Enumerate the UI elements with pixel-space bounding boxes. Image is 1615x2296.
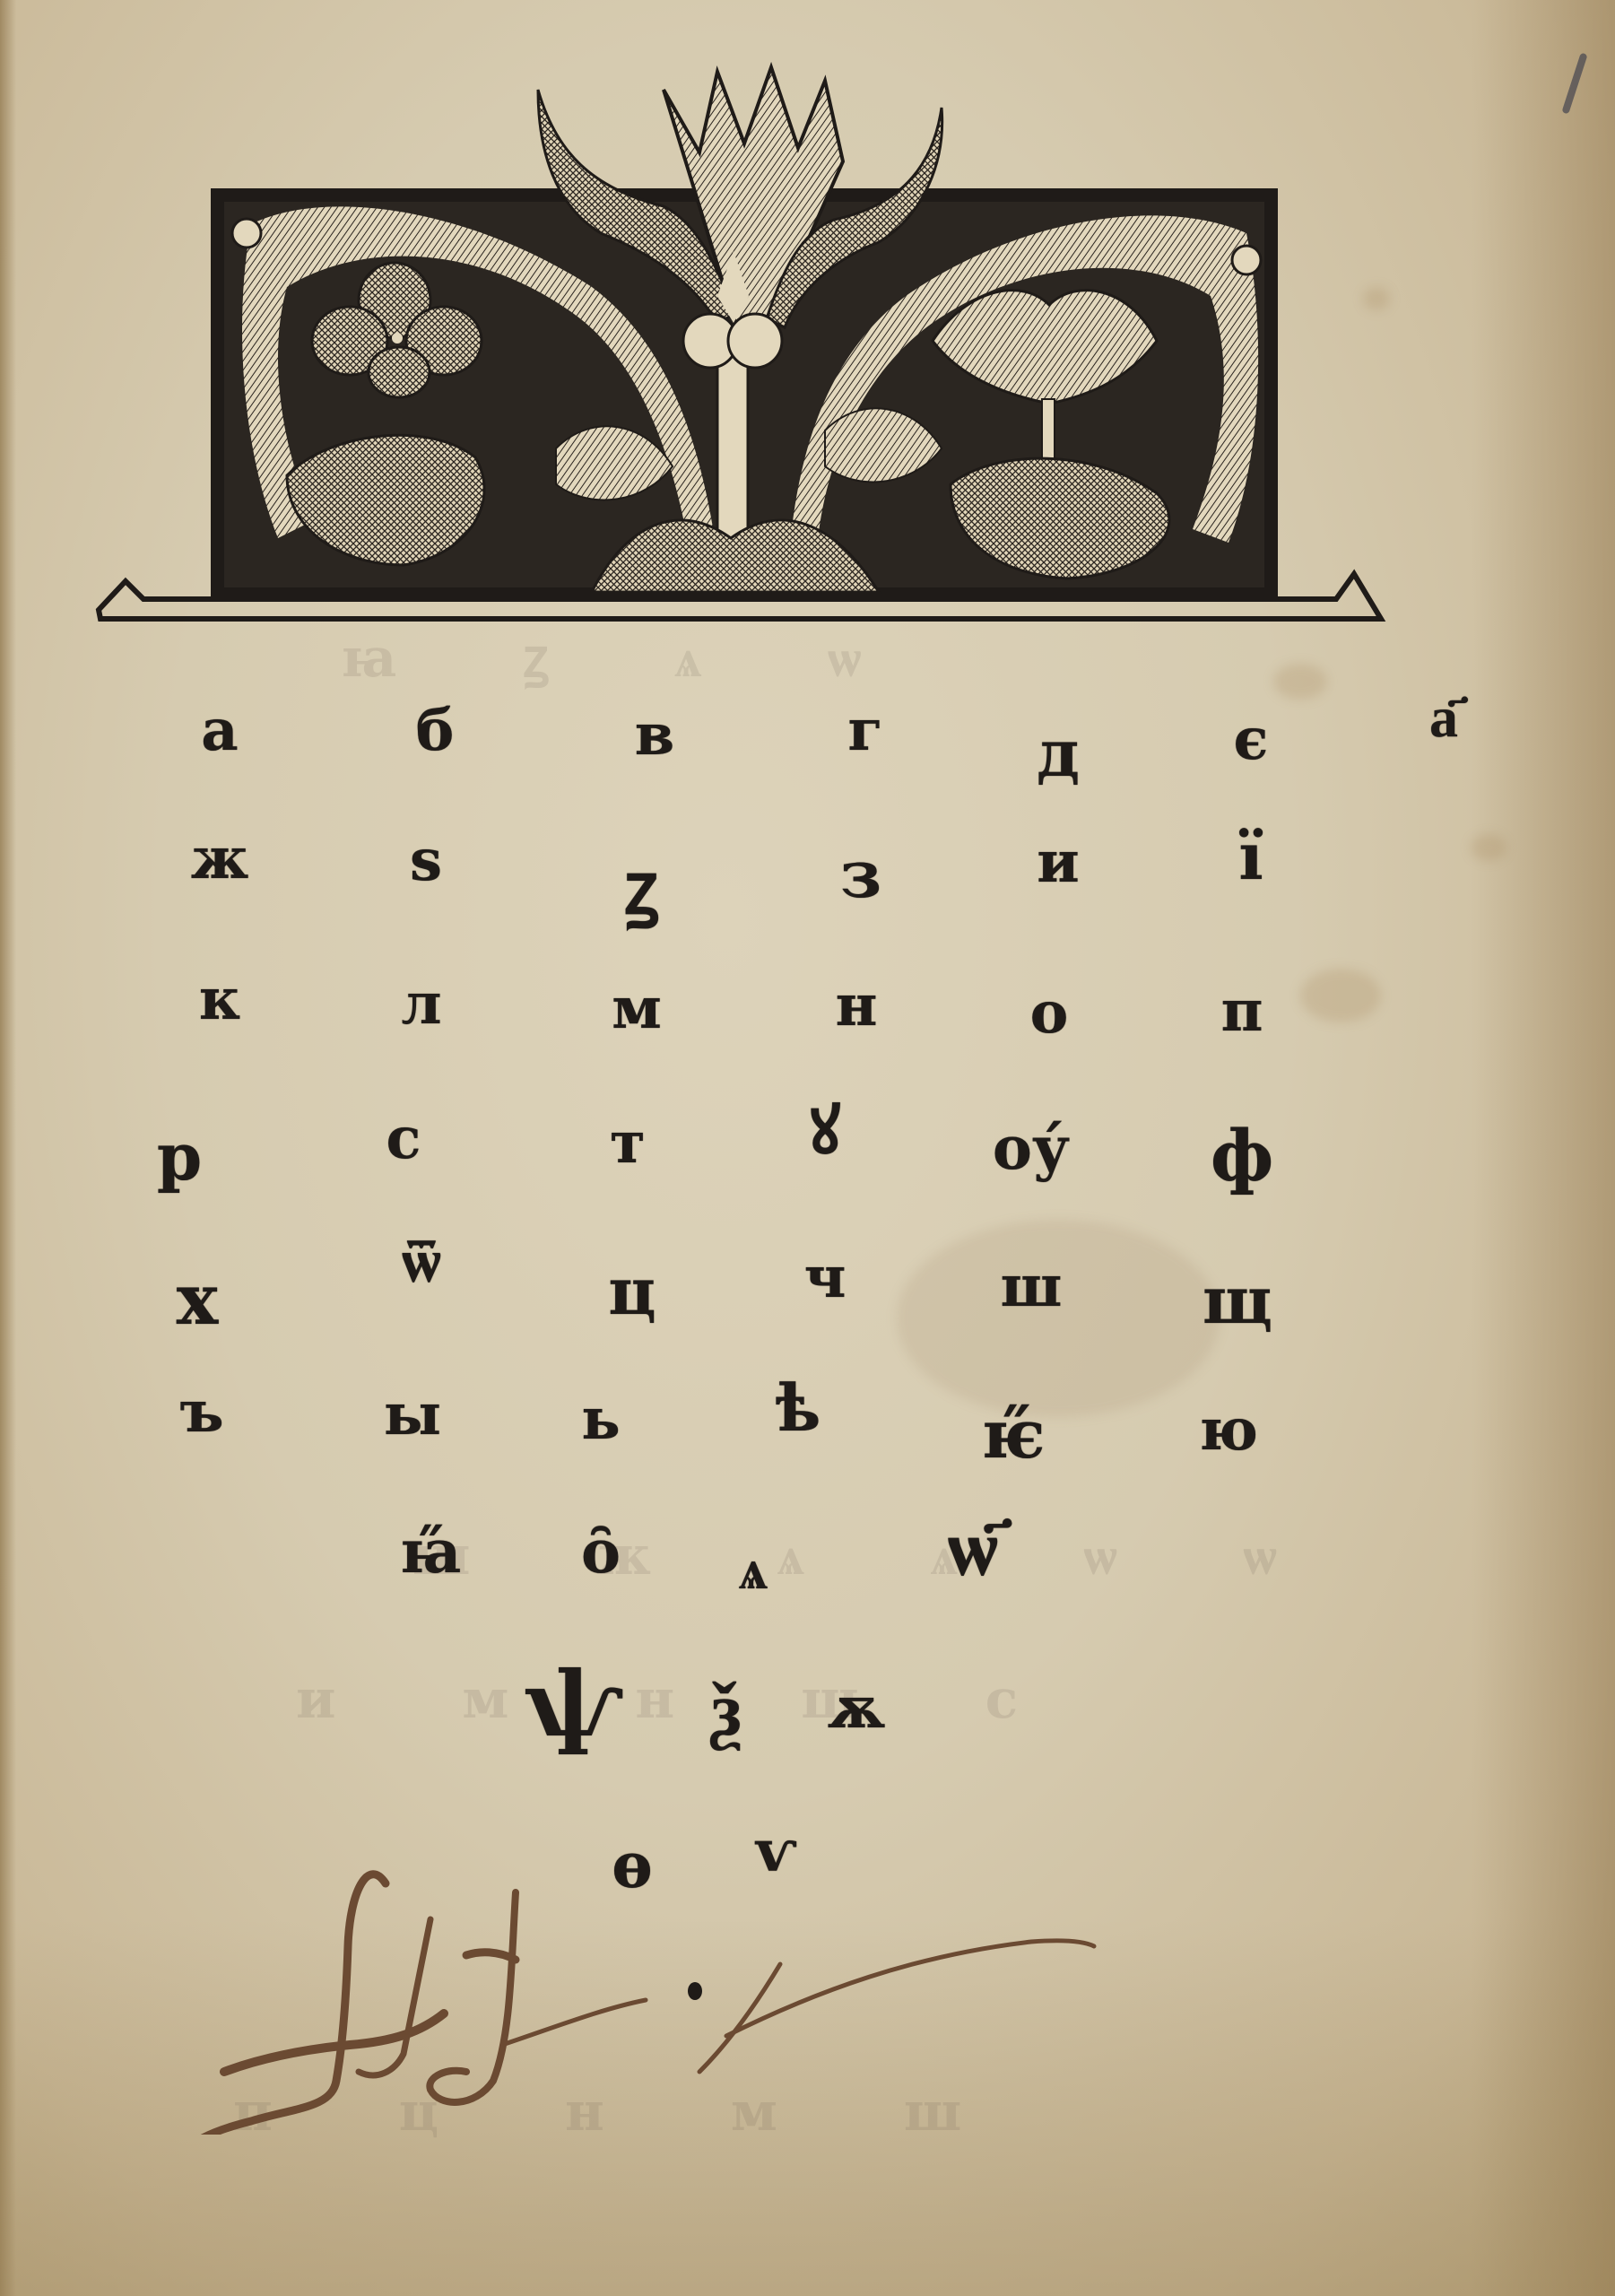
letter-omega-titlo: ѡ҃	[948, 1507, 998, 1587]
letter-myslete: м	[612, 980, 662, 1038]
letter-izhe: и	[1037, 834, 1079, 891]
letter-uk-monograph: ꙋ	[810, 1098, 840, 1162]
letter-est: є	[1234, 711, 1269, 769]
letter-yat: ѣ	[776, 1376, 821, 1440]
letter-on: о	[1030, 985, 1069, 1042]
letter-kako: к	[199, 971, 240, 1029]
floral-ornament-icon	[90, 54, 1390, 637]
letter-az-titlo: а҃	[1429, 689, 1458, 746]
foxing-stain	[1273, 664, 1327, 700]
letter-zemlya: з	[840, 842, 881, 907]
letter-slovo: с	[386, 1110, 421, 1168]
letter-dzelo: ѕ	[410, 832, 442, 890]
letter-ya-iotated: ꙗ̋	[400, 1522, 462, 1581]
letter-ye-iotated: ѥ̋	[981, 1402, 1045, 1468]
letter-yus-small: ѧ	[739, 1541, 768, 1598]
letter-glagol: г	[847, 702, 882, 760]
letter-yus-big: ѫ	[828, 1680, 886, 1737]
letter-zemlya-old: ꙁ	[624, 852, 658, 924]
letter-shta: щ	[1203, 1268, 1272, 1333]
letter-buki: б	[416, 702, 455, 760]
show-through-text: ш ж ѧ ѧ ѡ ѡ	[412, 1525, 1331, 1587]
letter-lyudi: л	[401, 976, 441, 1033]
ink-dot	[688, 1982, 702, 2000]
letter-kher: х	[177, 1265, 219, 1335]
letter-rtsy: р	[157, 1125, 202, 1189]
letter-yu: ю	[1199, 1402, 1258, 1459]
letter-ksi: ѯ	[711, 1671, 742, 1746]
show-through-text: и м н ш с	[296, 1668, 1072, 1731]
letter-o-broad: о̑	[581, 1522, 621, 1581]
letter-pokoi: п	[1221, 983, 1263, 1040]
letter-tverdo: т	[610, 1115, 646, 1172]
handwritten-signature	[135, 1865, 1211, 2135]
letter-az: а	[201, 702, 238, 760]
letter-ot: ѿ	[402, 1229, 440, 1291]
document-page: ꙗ ꙁ ѧ ѡ ш ж ѧ ѧ ѡ ѡ и м н ш с п ц н м ш …	[0, 0, 1615, 2296]
letter-fert: ф	[1211, 1122, 1273, 1192]
letter-tsy: ц	[608, 1259, 656, 1324]
letter-uk-digraph: оу́	[993, 1118, 1070, 1178]
letter-vedi: в	[635, 707, 674, 764]
foxing-stain	[1300, 969, 1381, 1022]
foxing-stain	[1471, 834, 1506, 861]
letter-sha: ш	[1001, 1258, 1063, 1316]
letter-zhivete: ж	[191, 831, 249, 888]
letter-dobro: д	[1037, 721, 1080, 786]
woodcut-headpiece	[90, 54, 1390, 637]
letter-cherv: ч	[804, 1249, 847, 1307]
letter-yery: ы	[384, 1387, 441, 1444]
letter-yer: ъ	[179, 1384, 223, 1441]
letter-nash: н	[836, 978, 878, 1035]
letter-yer-soft: ь	[581, 1391, 620, 1448]
letter-i-decimal: ї	[1238, 824, 1263, 889]
letter-psi: ѱ	[525, 1659, 624, 1749]
